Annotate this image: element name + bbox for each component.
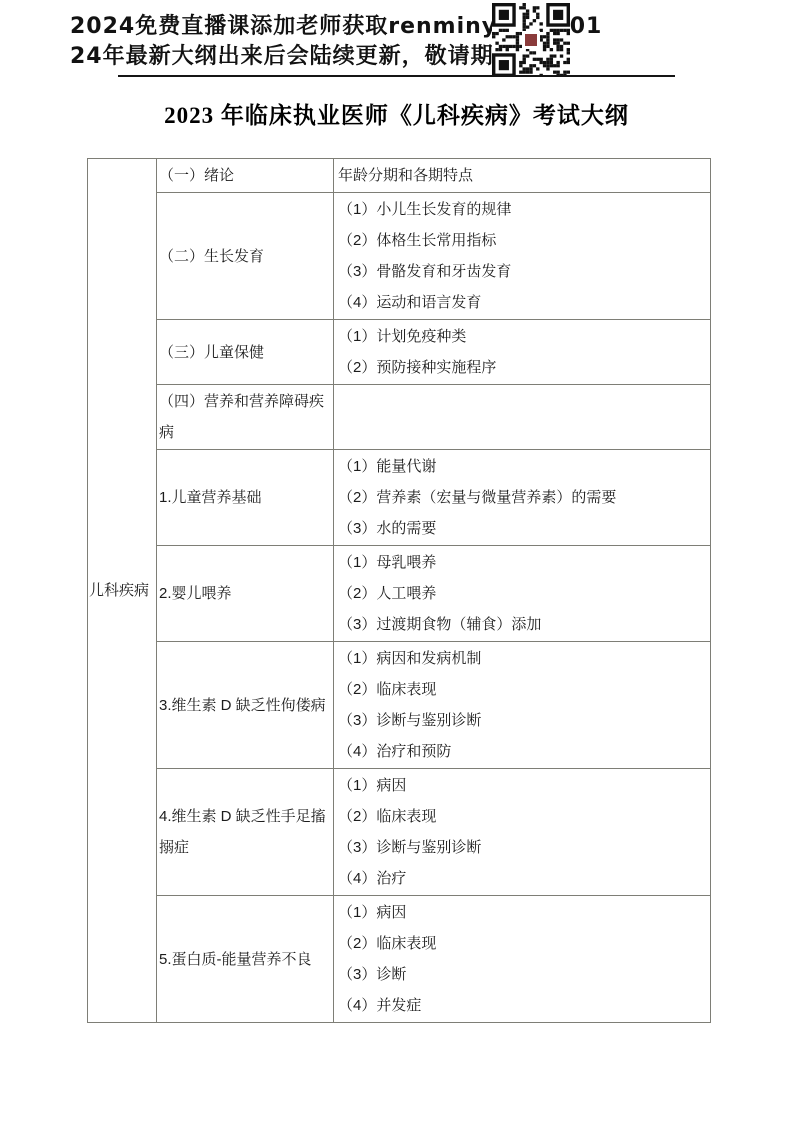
table-row: 3.维生素 D 缺乏性佝偻病（1）病因和发病机制（2）临床表现（3）诊断与鉴别诊…: [88, 642, 711, 769]
qr-code-icon: [492, 3, 570, 77]
point-line: （1）病因: [338, 897, 706, 928]
points-cell: 年龄分期和各期特点: [334, 159, 711, 193]
point-line: （1）小儿生长发育的规律: [338, 194, 706, 225]
point-line: （1）计划免疫种类: [338, 321, 706, 352]
point-line: （2）人工喂养: [338, 578, 706, 609]
points-cell: （1）计划免疫种类（2）预防接种实施程序: [334, 320, 711, 385]
promo-header: 2024免费直播课添加老师获取renminyixue001 24年最新大纲出来后…: [70, 12, 490, 72]
point-line: （3）诊断与鉴别诊断: [338, 705, 706, 736]
topic-cell: （三）儿童保健: [157, 320, 334, 385]
point-line: （2）预防接种实施程序: [338, 352, 706, 383]
point-line: （4）治疗和预防: [338, 736, 706, 767]
topic-cell: （一）绪论: [157, 159, 334, 193]
promo-line-2: 24年最新大纲出来后会陆续更新，敬请期待: [70, 42, 490, 72]
subject-cell: 儿科疾病: [88, 159, 157, 1023]
point-line: （1）能量代谢: [338, 451, 706, 482]
header-divider: [118, 75, 675, 77]
document-page: 2024免费直播课添加老师获取renminyixue001 24年最新大纲出来后…: [0, 0, 793, 1122]
table-row: 2.婴儿喂养（1）母乳喂养（2）人工喂养（3）过渡期食物（辅食）添加: [88, 546, 711, 642]
table-row: （三）儿童保健（1）计划免疫种类（2）预防接种实施程序: [88, 320, 711, 385]
point-line: （4）并发症: [338, 990, 706, 1021]
topic-cell: 4.维生素 D 缺乏性手足搐搦症: [157, 769, 334, 896]
topic-cell: （二）生长发育: [157, 193, 334, 320]
point-line: 年龄分期和各期特点: [338, 160, 706, 191]
point-line: （4）运动和语言发育: [338, 287, 706, 318]
point-line: （3）骨骼发育和牙齿发育: [338, 256, 706, 287]
topic-cell: 1.儿童营养基础: [157, 450, 334, 546]
points-cell: （1）病因（2）临床表现（3）诊断（4）并发症: [334, 896, 711, 1023]
points-cell: （1）小儿生长发育的规律（2）体格生长常用指标（3）骨骼发育和牙齿发育（4）运动…: [334, 193, 711, 320]
page-title: 2023 年临床执业医师《儿科疾病》考试大纲: [0, 97, 793, 130]
points-cell: （1）病因（2）临床表现（3）诊断与鉴别诊断（4）治疗: [334, 769, 711, 896]
topic-cell: 5.蛋白质-能量营养不良: [157, 896, 334, 1023]
point-line: （4）治疗: [338, 863, 706, 894]
promo-line-1: 2024免费直播课添加老师获取renminyixue001: [70, 12, 490, 42]
point-line: （3）诊断与鉴别诊断: [338, 832, 706, 863]
point-line: （2）体格生长常用指标: [338, 225, 706, 256]
syllabus-table: 儿科疾病（一）绪论年龄分期和各期特点（二）生长发育（1）小儿生长发育的规律（2）…: [87, 158, 711, 1023]
point-line: （3）水的需要: [338, 513, 706, 544]
table-row: （四）营养和营养障碍疾病: [88, 385, 711, 450]
points-cell: （1）病因和发病机制（2）临床表现（3）诊断与鉴别诊断（4）治疗和预防: [334, 642, 711, 769]
points-cell: （1）能量代谢（2）营养素（宏量与微量营养素）的需要（3）水的需要: [334, 450, 711, 546]
point-line: （3）过渡期食物（辅食）添加: [338, 609, 706, 640]
topic-cell: 2.婴儿喂养: [157, 546, 334, 642]
point-line: （1）病因和发病机制: [338, 643, 706, 674]
point-line: （2）临床表现: [338, 674, 706, 705]
point-line: （2）临床表现: [338, 801, 706, 832]
point-line: （2）临床表现: [338, 928, 706, 959]
table-row: 1.儿童营养基础（1）能量代谢（2）营养素（宏量与微量营养素）的需要（3）水的需…: [88, 450, 711, 546]
point-line: （2）营养素（宏量与微量营养素）的需要: [338, 482, 706, 513]
point-line: （1）母乳喂养: [338, 547, 706, 578]
topic-cell: （四）营养和营养障碍疾病: [157, 385, 334, 450]
point-line: （1）病因: [338, 770, 706, 801]
table-row: 儿科疾病（一）绪论年龄分期和各期特点: [88, 159, 711, 193]
syllabus-table-body: 儿科疾病（一）绪论年龄分期和各期特点（二）生长发育（1）小儿生长发育的规律（2）…: [88, 159, 711, 1023]
table-row: （二）生长发育（1）小儿生长发育的规律（2）体格生长常用指标（3）骨骼发育和牙齿…: [88, 193, 711, 320]
table-row: 5.蛋白质-能量营养不良（1）病因（2）临床表现（3）诊断（4）并发症: [88, 896, 711, 1023]
points-cell: （1）母乳喂养（2）人工喂养（3）过渡期食物（辅食）添加: [334, 546, 711, 642]
point-line: （3）诊断: [338, 959, 706, 990]
table-row: 4.维生素 D 缺乏性手足搐搦症（1）病因（2）临床表现（3）诊断与鉴别诊断（4…: [88, 769, 711, 896]
topic-cell: 3.维生素 D 缺乏性佝偻病: [157, 642, 334, 769]
points-cell: [334, 385, 711, 450]
